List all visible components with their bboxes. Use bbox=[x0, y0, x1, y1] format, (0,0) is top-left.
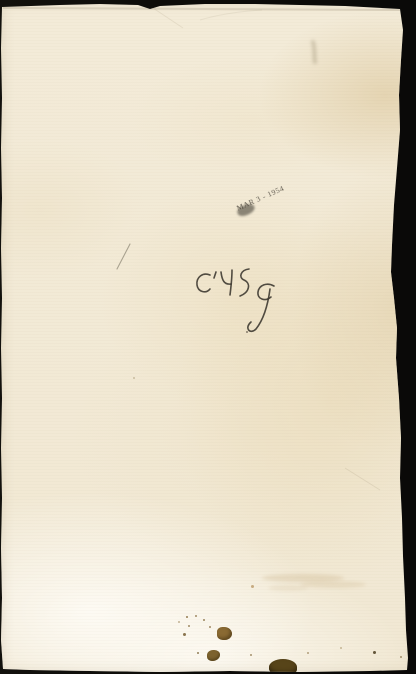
faint-impression bbox=[300, 581, 366, 588]
stain-speck bbox=[133, 377, 135, 379]
stain-blob bbox=[207, 650, 220, 661]
stain-speck bbox=[178, 621, 180, 623]
stain-speck bbox=[183, 633, 186, 636]
stain-blob bbox=[269, 659, 297, 674]
stain-speck bbox=[186, 616, 188, 618]
stain-speck bbox=[246, 331, 248, 333]
stain-speck bbox=[340, 647, 342, 649]
handwriting-mark bbox=[188, 258, 283, 338]
stain-speck bbox=[203, 619, 205, 621]
date-stamp: MAR 3 - 1954 bbox=[235, 176, 303, 213]
stain-speck bbox=[400, 656, 402, 658]
stain-speck bbox=[307, 652, 309, 654]
stain-speck bbox=[209, 626, 211, 628]
stain-speck bbox=[188, 625, 190, 627]
stain-speck bbox=[250, 654, 252, 656]
faint-impression bbox=[268, 585, 308, 591]
stain-speck bbox=[195, 615, 197, 617]
stain-blob bbox=[217, 627, 232, 640]
stain-speck bbox=[373, 651, 376, 654]
stain-speck bbox=[197, 652, 199, 654]
scanner-background: MAR 3 - 1954 bbox=[0, 0, 416, 674]
photo-verso-paper: MAR 3 - 1954 bbox=[0, 0, 416, 674]
stain-speck bbox=[251, 585, 254, 588]
